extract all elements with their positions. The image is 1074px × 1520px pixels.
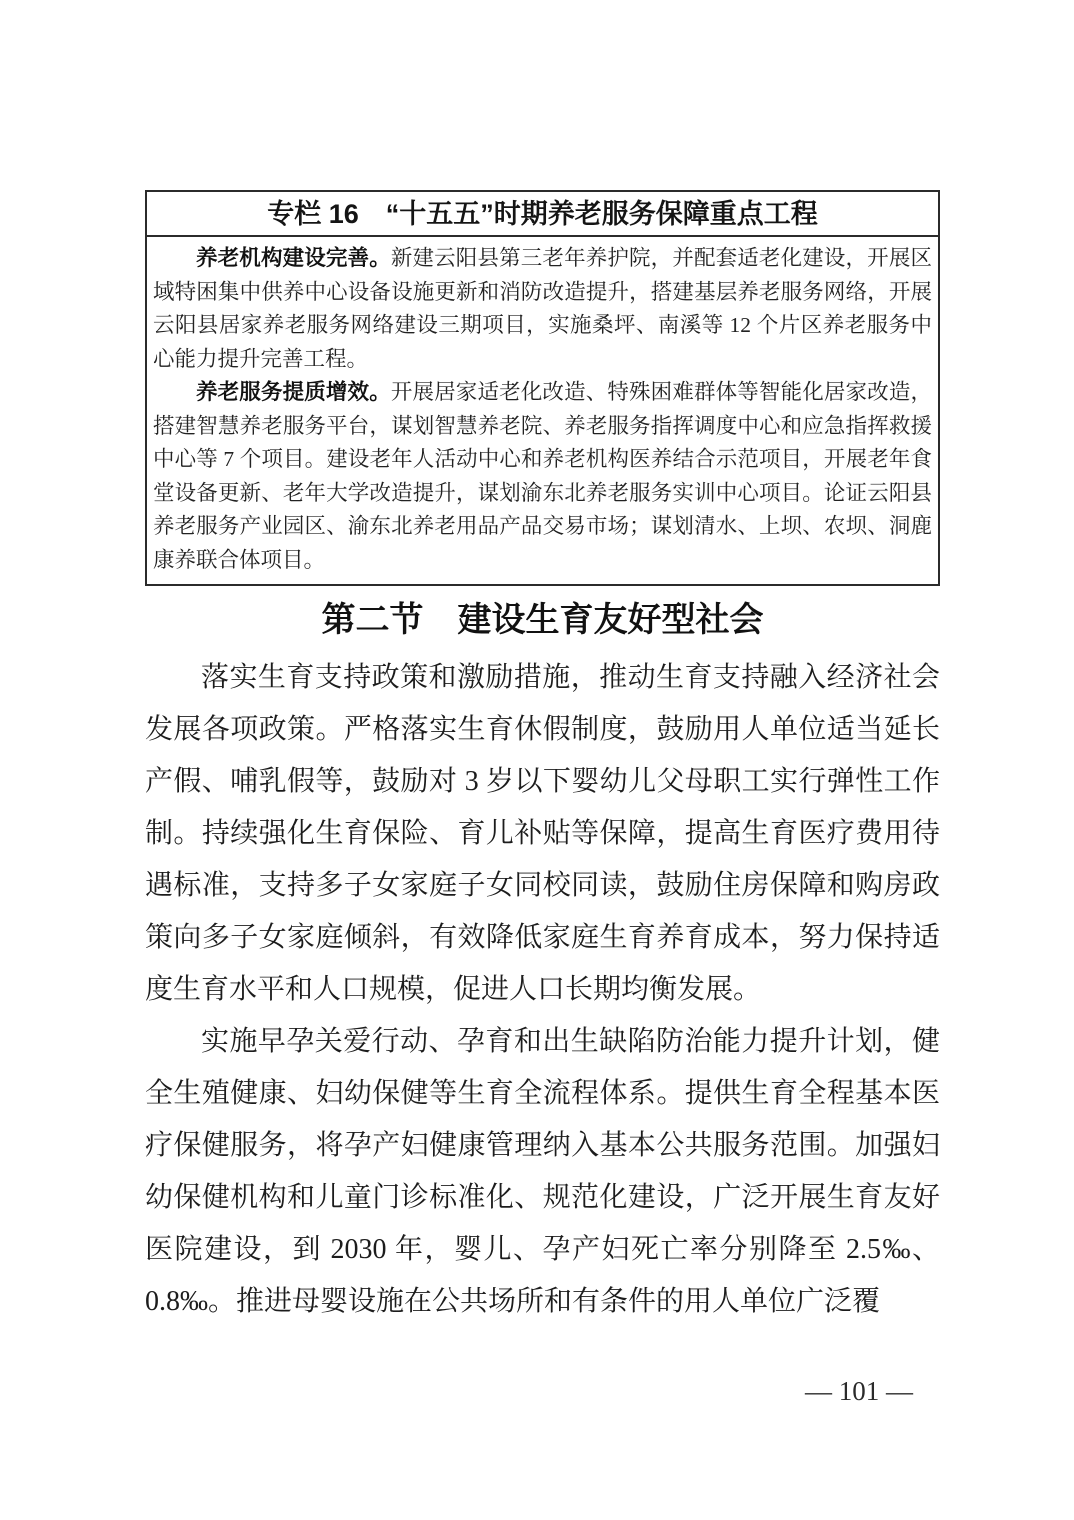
feature-box-paragraph-1: 养老机构建设完善。新建云阳县第三老年养护院，并配套适老化建设，开展区域特困集中供… [153,242,932,376]
section-heading: 第二节 建设生育友好型社会 [145,598,940,644]
document-page: 专栏 16 “十五五”时期养老服务保障重点工程 养老机构建设完善。新建云阳县第三… [0,0,1074,1520]
paragraph-text-2: 开展居家适老化改造、特殊困难群体等智能化居家改造，搭建智慧养老服务平台，谋划智慧… [153,380,932,572]
feature-box: 专栏 16 “十五五”时期养老服务保障重点工程 养老机构建设完善。新建云阳县第三… [145,190,940,586]
paragraph-lead-2: 养老服务提质增效。 [196,380,391,404]
feature-box-paragraph-2: 养老服务提质增效。开展居家适老化改造、特殊困难群体等智能化居家改造，搭建智慧养老… [153,376,932,577]
body-paragraph-2: 实施早孕关爱行动、孕育和出生缺陷防治能力提升计划，健全生殖健康、妇幼保健等生育全… [145,1016,940,1328]
page-number: — 101 — [145,1374,940,1408]
paragraph-lead-1: 养老机构建设完善。 [196,246,391,270]
feature-box-body: 养老机构建设完善。新建云阳县第三老年养护院，并配套适老化建设，开展区域特困集中供… [147,237,938,584]
body-paragraph-1: 落实生育支持政策和激励措施，推动生育支持融入经济社会发展各项政策。严格落实生育休… [145,652,940,1016]
feature-box-title: 专栏 16 “十五五”时期养老服务保障重点工程 [147,192,938,237]
